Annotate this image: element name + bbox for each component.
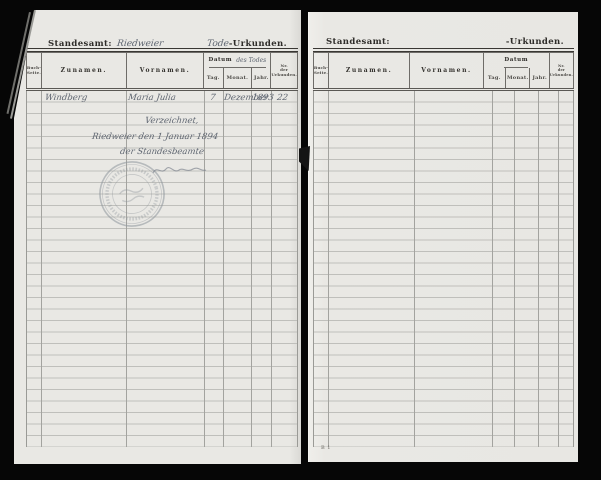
column-header-day: Tag. xyxy=(483,68,505,88)
column-header-givenname: Vornamen. xyxy=(409,53,483,88)
closing-line1: Verzeichnet, xyxy=(144,116,199,126)
column-header-certno: Nr. der Urkunden. xyxy=(549,53,573,88)
column-rule xyxy=(492,91,493,447)
column-rule xyxy=(41,91,42,447)
right-page-header: Standesamt: -Urkunden. xyxy=(326,37,564,47)
table-body xyxy=(313,91,574,447)
right-register-table: Buch- Seite. Zunamen. Vornamen. Datum Ta… xyxy=(313,52,574,447)
closing-line2: Riedweier den 1 Januar 1894 xyxy=(91,132,218,142)
urkunden-label: -Urkunden. xyxy=(506,37,564,47)
table-body: Windberg Maria Julia 7 Dezember 1893 22 xyxy=(26,91,298,447)
column-rule xyxy=(223,91,224,447)
standesamt-label: Standesamt: xyxy=(326,37,390,47)
entry-surname: Windberg xyxy=(44,93,88,103)
column-rule xyxy=(204,91,205,447)
column-rule xyxy=(126,91,127,447)
entry-certno: 22 xyxy=(276,93,288,103)
column-rule xyxy=(414,91,415,447)
column-rule xyxy=(514,91,515,447)
column-rule xyxy=(271,91,272,447)
date-group-title: Datum des Todes xyxy=(209,53,267,68)
column-header-surname: Zunamen. xyxy=(328,53,409,88)
column-header-year: Jahr. xyxy=(251,68,271,88)
page-footer-mark: B 1 xyxy=(321,445,331,451)
entry-year: 1893 xyxy=(251,93,274,103)
date-group-title: Datum xyxy=(504,53,528,68)
column-header-year: Jahr. xyxy=(529,68,549,88)
column-header-bookpage: Buch- Seite. xyxy=(314,53,328,88)
entry-givennames: Maria Julia xyxy=(127,93,176,103)
closing-line3: der Standesbeamte xyxy=(119,147,204,157)
left-register-table: Buch- Seite. Zunamen. Vornamen. Datum de… xyxy=(26,52,298,447)
column-header-bookpage: Buch- Seite. xyxy=(27,53,41,88)
header-double-rule xyxy=(313,48,574,52)
column-header-date-group: Datum Tag. Monat. Jahr. xyxy=(483,53,549,88)
table-header: Buch- Seite. Zunamen. Vornamen. Datum de… xyxy=(26,52,298,88)
column-header-date-group: Datum des Todes Tag. Monat. Jahr. xyxy=(203,53,270,88)
column-rule xyxy=(538,91,539,447)
column-header-givenname: Vornamen. xyxy=(126,53,204,88)
column-header-month: Monat. xyxy=(505,68,529,88)
right-register-page: Standesamt: -Urkunden. Buch- Seite. Zuna… xyxy=(308,12,578,462)
column-rule xyxy=(251,91,252,447)
column-header-certno: Nr. der Urkunden. xyxy=(270,53,297,88)
register-entry-row: Windberg Maria Julia 7 Dezember 1893 22 xyxy=(27,93,297,104)
column-header-month: Monat. xyxy=(223,68,251,88)
left-register-page: Standesamt: Riedweier Tode -Urkunden. Bu… xyxy=(14,10,301,464)
bookpage-line2: Seite. xyxy=(27,71,41,76)
header-double-rule xyxy=(26,48,298,52)
column-header-surname: Zunamen. xyxy=(41,53,126,88)
entry-day: 7 xyxy=(209,93,216,103)
date-annotation-handwritten: des Todes xyxy=(236,57,266,64)
column-header-day: Tag. xyxy=(204,68,223,88)
column-rule xyxy=(558,91,559,447)
registrar-signature xyxy=(150,162,208,178)
table-header: Buch- Seite. Zunamen. Vornamen. Datum Ta… xyxy=(313,52,574,88)
column-rule xyxy=(328,91,329,447)
